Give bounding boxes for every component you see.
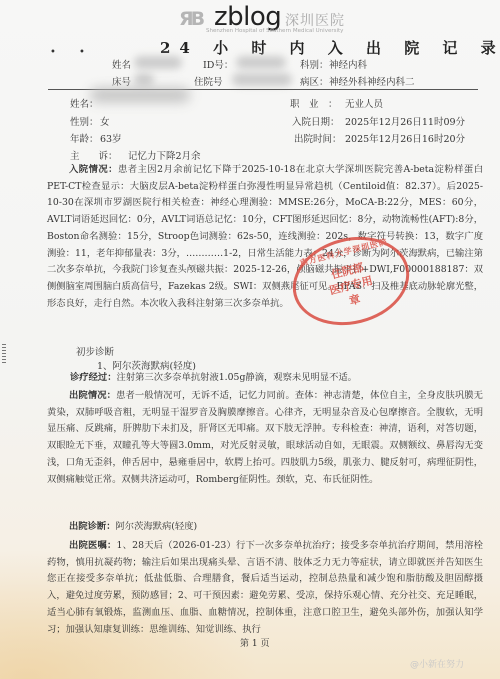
discharge-orders-text: 1、28天后（2026-01-23）行下一次多奈单抗治疗；接受多奈单抗治疗期间，…	[47, 540, 483, 635]
admission-section: 入院情况：患者主因2月余前记忆下降于2025-10-18在北京大学深圳医院完善A…	[47, 162, 483, 312]
discharge-time-value: 2025年12月26日16时20分	[345, 131, 465, 145]
medical-record-page: ЯВ zblog 深圳医院 Shenzhen Hospital of South…	[0, 0, 500, 679]
chief-complaint-value: 记忆力下降2月余	[128, 148, 201, 162]
hospital-logo: ЯВ zblog 深圳医院 Shenzhen Hospital of South…	[172, 6, 372, 34]
gender-label: 性别：	[70, 114, 99, 128]
discharge-orders-section: 出院医嘱：1、28天后（2026-01-23）行下一次多奈单抗治疗；接受多奈单抗…	[47, 538, 483, 638]
age-value: 63岁	[100, 131, 122, 145]
treatment-section: 诊疗经过：注射第三次多奈单抗射液1.05g静滴，观察未见明显不适。	[70, 370, 483, 387]
admit-date-value: 2025年12月26日11时09分	[345, 114, 465, 128]
redacted-inpatient-no	[232, 73, 292, 86]
discharge-time-label: 出院时间：	[294, 131, 342, 145]
page-number: 第 1 页	[240, 636, 269, 649]
chief-complaint-label: 主 诉：	[70, 148, 118, 162]
header-dept-label: 科别：	[300, 57, 329, 71]
document-title: 24 小 时 内 入 出 院 记 录	[160, 37, 500, 58]
redacted-id	[236, 56, 286, 69]
header-bed-label: 床号	[112, 74, 131, 88]
admit-date-label: 入院日期：	[292, 114, 340, 128]
age-label: 年龄：	[70, 131, 99, 145]
hospital-name-cn: 深圳医院	[285, 10, 345, 30]
discharge-status-label: 出院情况：	[69, 390, 116, 401]
discharge-status-section: 出院情况：患者一般情况可，无诉不适，记忆力同前。查体：神志清楚，体位自主，全身皮…	[47, 388, 483, 488]
discharge-status-text: 患者一般情况可，无诉不适，记忆力同前。查体：神志清楚，体位自主，全身皮肤巩膜无黄…	[47, 390, 483, 485]
header-dept-value: 神经内科	[329, 57, 367, 71]
discharge-diagnosis-label: 出院诊断：	[69, 521, 116, 532]
stamp-center: 住院部 医疗专用章	[321, 258, 378, 305]
treatment-label: 诊疗经过：	[70, 372, 117, 383]
header-id-label: ID号：	[203, 57, 233, 71]
redacted-name	[134, 56, 182, 69]
discharge-diagnosis-section: 出院诊断：阿尔茨海默病(轻度)	[47, 519, 483, 536]
hospital-logo-icon: ЯВ	[179, 8, 202, 30]
header-ward-label: 病区：	[300, 74, 329, 88]
header-ward-value: 神经外科神经内科二	[329, 74, 415, 88]
discharge-diagnosis-text: 阿尔茨海默病(轻度)	[116, 521, 198, 532]
treatment-text: 注射第三次多奈单抗射液1.05g静滴，观察未见明显不适。	[117, 372, 357, 383]
social-watermark: @小新在努力	[410, 657, 464, 670]
admission-label: 入院情况：	[69, 164, 118, 175]
occupation-label: 职 业 ：	[290, 96, 338, 110]
initial-diagnosis-heading: 初步诊断	[76, 344, 114, 358]
occupation-value: 无业人员	[345, 96, 383, 110]
header-inpatient-label: 住院号	[194, 74, 223, 88]
redacted-bed	[134, 73, 154, 86]
scan-edge-mark	[2, 344, 6, 364]
admission-text: 患者主因2月余前记忆下降于2025-10-18在北京大学深圳医院完善A-beta…	[47, 164, 483, 309]
patient-name-label: 姓名：	[70, 96, 99, 110]
discharge-orders-label: 出院医嘱：	[69, 540, 117, 551]
redacted-smudge	[90, 88, 190, 102]
hospital-name-en: Shenzhen Hospital of Southern Medical Un…	[206, 28, 343, 34]
gender-value: 女	[100, 114, 110, 128]
scan-dot: •	[50, 47, 56, 58]
scan-dot: •	[79, 47, 85, 58]
header-name-label: 姓名	[112, 57, 131, 71]
